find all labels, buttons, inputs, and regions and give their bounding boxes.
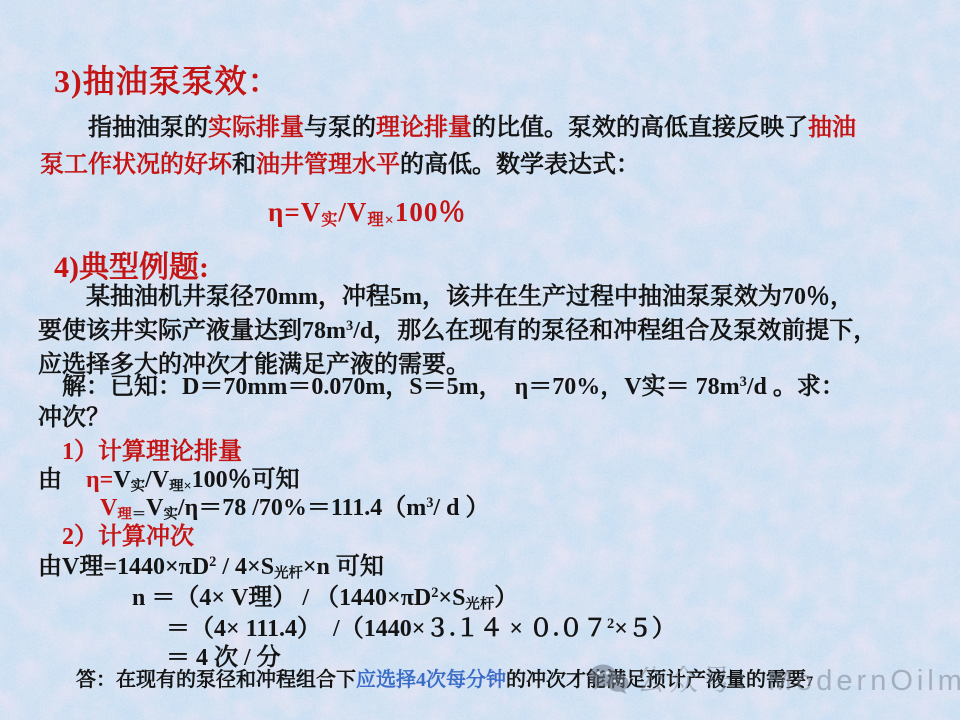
problem-statement: 某抽油机井泵径70mm，冲程5m，该井在生产过程中抽油泵泵效为70％，要使该井实… (38, 280, 934, 382)
formula-n-line1: n ＝（4× V理） / （1440×πD2×S光杆） (132, 577, 518, 612)
definition-paragraph: 指抽油泵的实际排量与泵的理论排量的比值。泵效的高低直接反映了抽油泵工作状况的好坏… (40, 110, 924, 184)
solution-given-line: 解：已知：D＝70mm＝0.070m，S＝5m， η＝70%，V实＝ 78m3/… (38, 372, 938, 434)
formula-v-full-line: 由V理=1440×πD2 / 4×S光杆×n 可知 (38, 546, 384, 581)
heading-pump-efficiency: 3)抽油泵泵效： (54, 56, 281, 102)
efficiency-formula: η=V实/V理×100％ (268, 190, 466, 229)
answer-line: 答：在现有的泵径和冲程组合下应选择4次每分钟的冲次才能满足预计产液量的需要7 (76, 663, 813, 692)
slide-page: 3)抽油泵泵效： 指抽油泵的实际排量与泵的理论排量的比值。泵效的高低直接反映了抽… (0, 0, 960, 720)
